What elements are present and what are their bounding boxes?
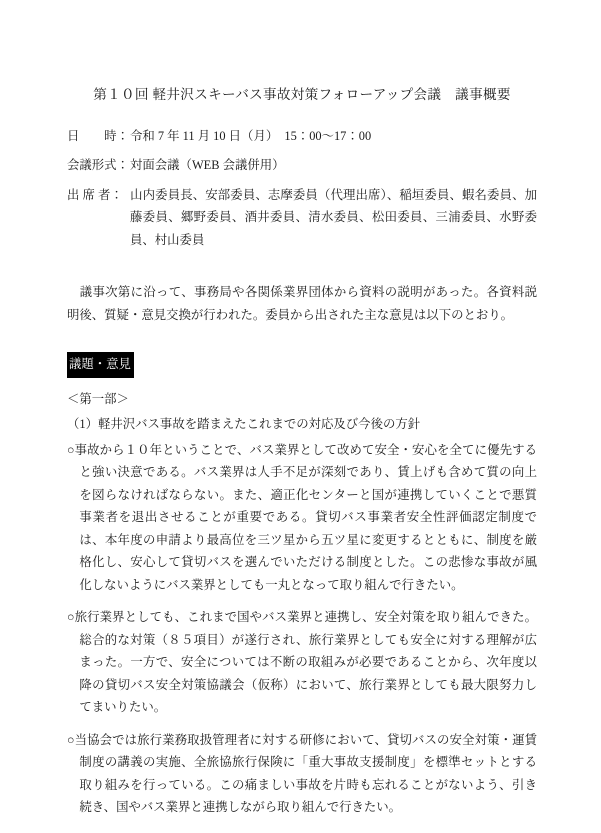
- section-header-row: 議題・意見: [67, 352, 537, 378]
- intro-paragraph: 議事次第に沿って、事務局や各関係業界団体から資料の説明があった。各資料説明後、質…: [67, 281, 537, 326]
- meeting-datetime-row: 日 時：令和 7 年 11 月 10 日（月） 15：00～17：00: [67, 125, 537, 148]
- attendees-row: 出 席 者：山内委員長、安部委員、志摩委員（代理出席）、稲垣委員、蝦名委員、加藤…: [67, 184, 537, 252]
- meeting-datetime-label: 日 時：: [67, 125, 130, 148]
- opinion-paragraph-2: ○旅行業界としても、これまで国やバス業界と連携し、安全対策を取り組んできた。総合…: [67, 606, 537, 719]
- topic-header-1: （1）軽井沢バス事故を踏まえたこれまでの対応及び今後の方針: [67, 413, 537, 436]
- attendees-value: 山内委員長、安部委員、志摩委員（代理出席）、稲垣委員、蝦名委員、加藤委員、郷野委…: [130, 188, 537, 247]
- meeting-format-label: 会議形式：: [67, 154, 130, 177]
- opinion-paragraph-1: ○事故から１０年ということで、バス業界として改めて安全・安心を全てに優先すると強…: [67, 439, 537, 597]
- document-page: 第１０回 軽井沢スキーバス事故対策フォローアップ会議 議事概要 日 時：令和 7…: [0, 0, 601, 833]
- meeting-format-value: 対面会議（WEB 会議併用）: [130, 158, 285, 172]
- section-header-agenda-opinions: 議題・意見: [67, 352, 134, 378]
- attendees-label: 出 席 者：: [67, 184, 130, 207]
- part-header-first-part: ＜第一部＞: [67, 388, 537, 411]
- document-title: 第１０回 軽井沢スキーバス事故対策フォローアップ会議 議事概要: [67, 84, 537, 107]
- meeting-datetime-value: 令和 7 年 11 月 10 日（月） 15：00～17：00: [130, 129, 371, 143]
- opinion-paragraph-3: ○当協会では旅行業務取扱管理者に対する研修において、貸切バスの安全対策・運賃制度…: [67, 729, 537, 819]
- meeting-format-row: 会議形式：対面会議（WEB 会議併用）: [67, 154, 537, 177]
